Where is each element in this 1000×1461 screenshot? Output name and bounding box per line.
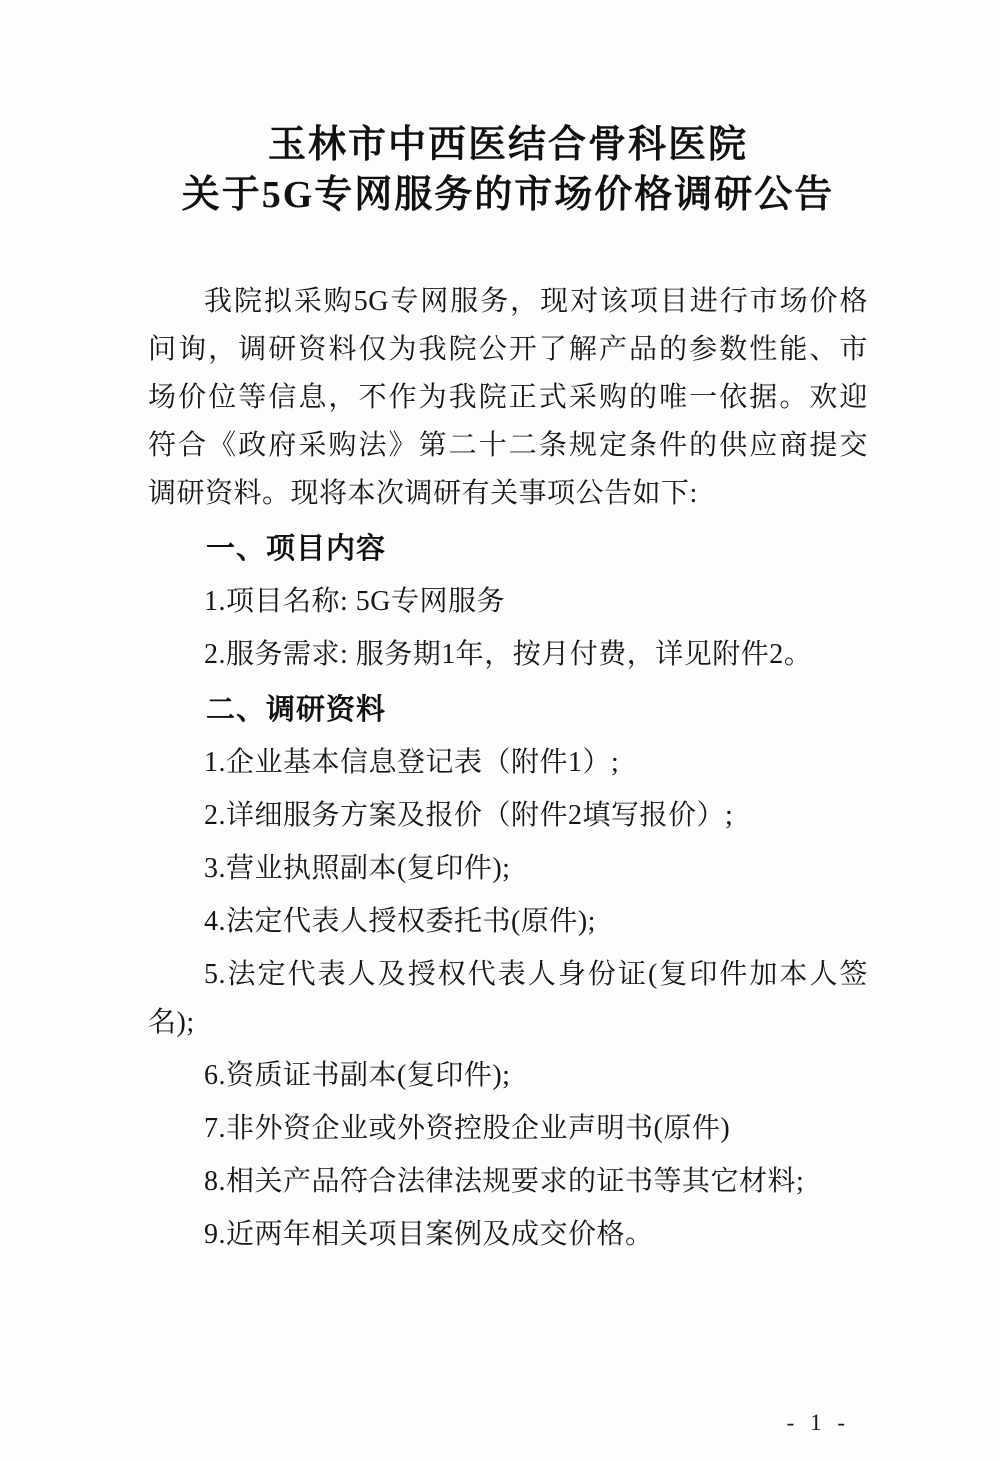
list-item-qualification-certificate: 6.资质证书副本(复印件); — [148, 1052, 868, 1100]
intro-line: 我院拟采购5G专网服务，现对该项目进行市场价格 — [148, 278, 868, 326]
list-item-project-name: 1.项目名称: 5G专网服务 — [148, 578, 868, 626]
list-item-past-project-cases: 9.近两年相关项目案例及成交价格。 — [148, 1211, 868, 1259]
list-item-service-requirement: 2.服务需求: 服务期1年，按月付费，详见附件2。 — [148, 631, 868, 679]
list-item-authorization-letter: 4.法定代表人授权委托书(原件); — [148, 898, 868, 946]
list-item-non-foreign-declaration: 7.非外资企业或外资控股企业声明书(原件) — [148, 1105, 868, 1153]
list-item-business-license: 3.营业执照副本(复印件); — [148, 845, 868, 893]
intro-line: 场价位等信息，不作为我院正式采购的唯一依据。欢迎 — [148, 374, 868, 422]
document-content: 玉林市中西医结合骨科医院 关于5G专网服务的市场价格调研公告 我院拟采购5G专网… — [148, 120, 868, 1259]
intro-line: 问询，调研资料仅为我院公开了解产品的参数性能、市 — [148, 326, 868, 374]
section-heading-research-materials: 二、调研资料 — [148, 686, 868, 734]
list-item-id-cards: 5.法定代表人及授权代表人身份证(复印件加本人签名); — [148, 951, 868, 1047]
document-page: 玉林市中西医结合骨科医院 关于5G专网服务的市场价格调研公告 我院拟采购5G专网… — [0, 0, 1000, 1461]
list-item-compliance-certificates: 8.相关产品符合法律法规要求的证书等其它材料; — [148, 1158, 868, 1206]
section-heading-project-content: 一、项目内容 — [148, 525, 868, 573]
document-title: 玉林市中西医结合骨科医院 关于5G专网服务的市场价格调研公告 — [148, 120, 868, 220]
intro-line: 调研资料。现将本次调研有关事项公告如下: — [148, 470, 868, 518]
intro-line: 符合《政府采购法》第二十二条规定条件的供应商提交 — [148, 422, 868, 470]
document-title-line-2: 关于5G专网服务的市场价格调研公告 — [148, 170, 868, 220]
page-number: - 1 - — [787, 1410, 850, 1436]
intro-paragraph: 我院拟采购5G专网服务，现对该项目进行市场价格 问询，调研资料仅为我院公开了解产… — [148, 278, 868, 518]
list-item-company-info-form: 1.企业基本信息登记表（附件1）; — [148, 739, 868, 787]
document-title-line-1: 玉林市中西医结合骨科医院 — [148, 120, 868, 170]
list-item-service-plan-quote: 2.详细服务方案及报价（附件2填写报价）; — [148, 792, 868, 840]
